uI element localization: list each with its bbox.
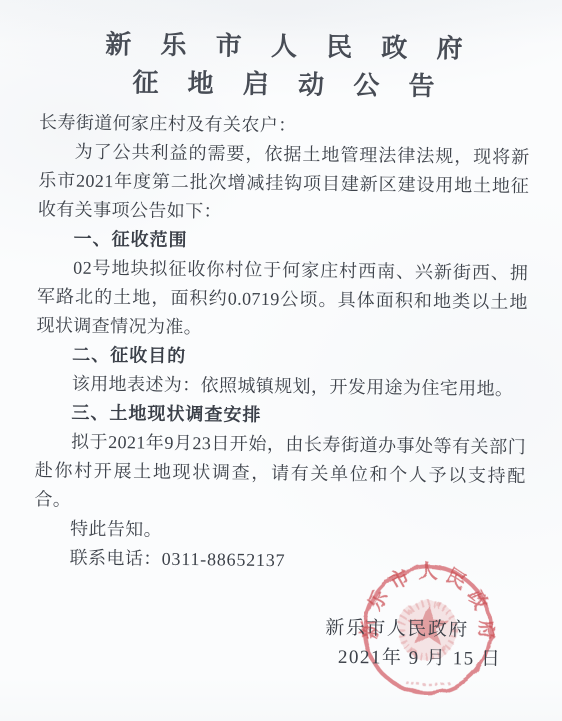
signature-date: 2021年 9 月 15 日 xyxy=(338,642,502,671)
scan-content: 新 乐 市 人 民 政 府 征 地 启 动 公 告 长寿街道何家庄村及有关农户：… xyxy=(0,0,562,721)
contact-number: 0311-88652137 xyxy=(162,549,286,571)
title-line-2: 征 地 启 动 公 告 xyxy=(13,62,562,107)
section-3-paragraph: 拟于2021年9月23日开始，由长寿街道办事处等有关部门赴你村开展土地现状调查，… xyxy=(34,427,526,520)
intro-paragraph: 为了公共利益的需要，依据土地管理法律法规，现将新乐市2021年度第二批次增减挂钩… xyxy=(38,137,530,230)
section-1-paragraph: 02号地块拟征收你村位于何家庄村西南、兴新街西、拥军路北的土地，面积约0.071… xyxy=(36,253,528,346)
signature-issuer: 新乐市人民政府 xyxy=(325,613,469,642)
contact-label: 联系电话： xyxy=(70,548,162,569)
scanned-notice-page: 新 乐 市 人 民 政 府 征 地 启 动 公 告 长寿街道何家庄村及有关农户：… xyxy=(0,0,562,721)
document-body: 长寿街道何家庄村及有关农户： 为了公共利益的需要，依据土地管理法律法规，现将新乐… xyxy=(34,108,531,578)
seal-bottom-mark xyxy=(405,682,449,686)
document-title: 新 乐 市 人 民 政 府 征 地 启 动 公 告 xyxy=(2,24,562,107)
